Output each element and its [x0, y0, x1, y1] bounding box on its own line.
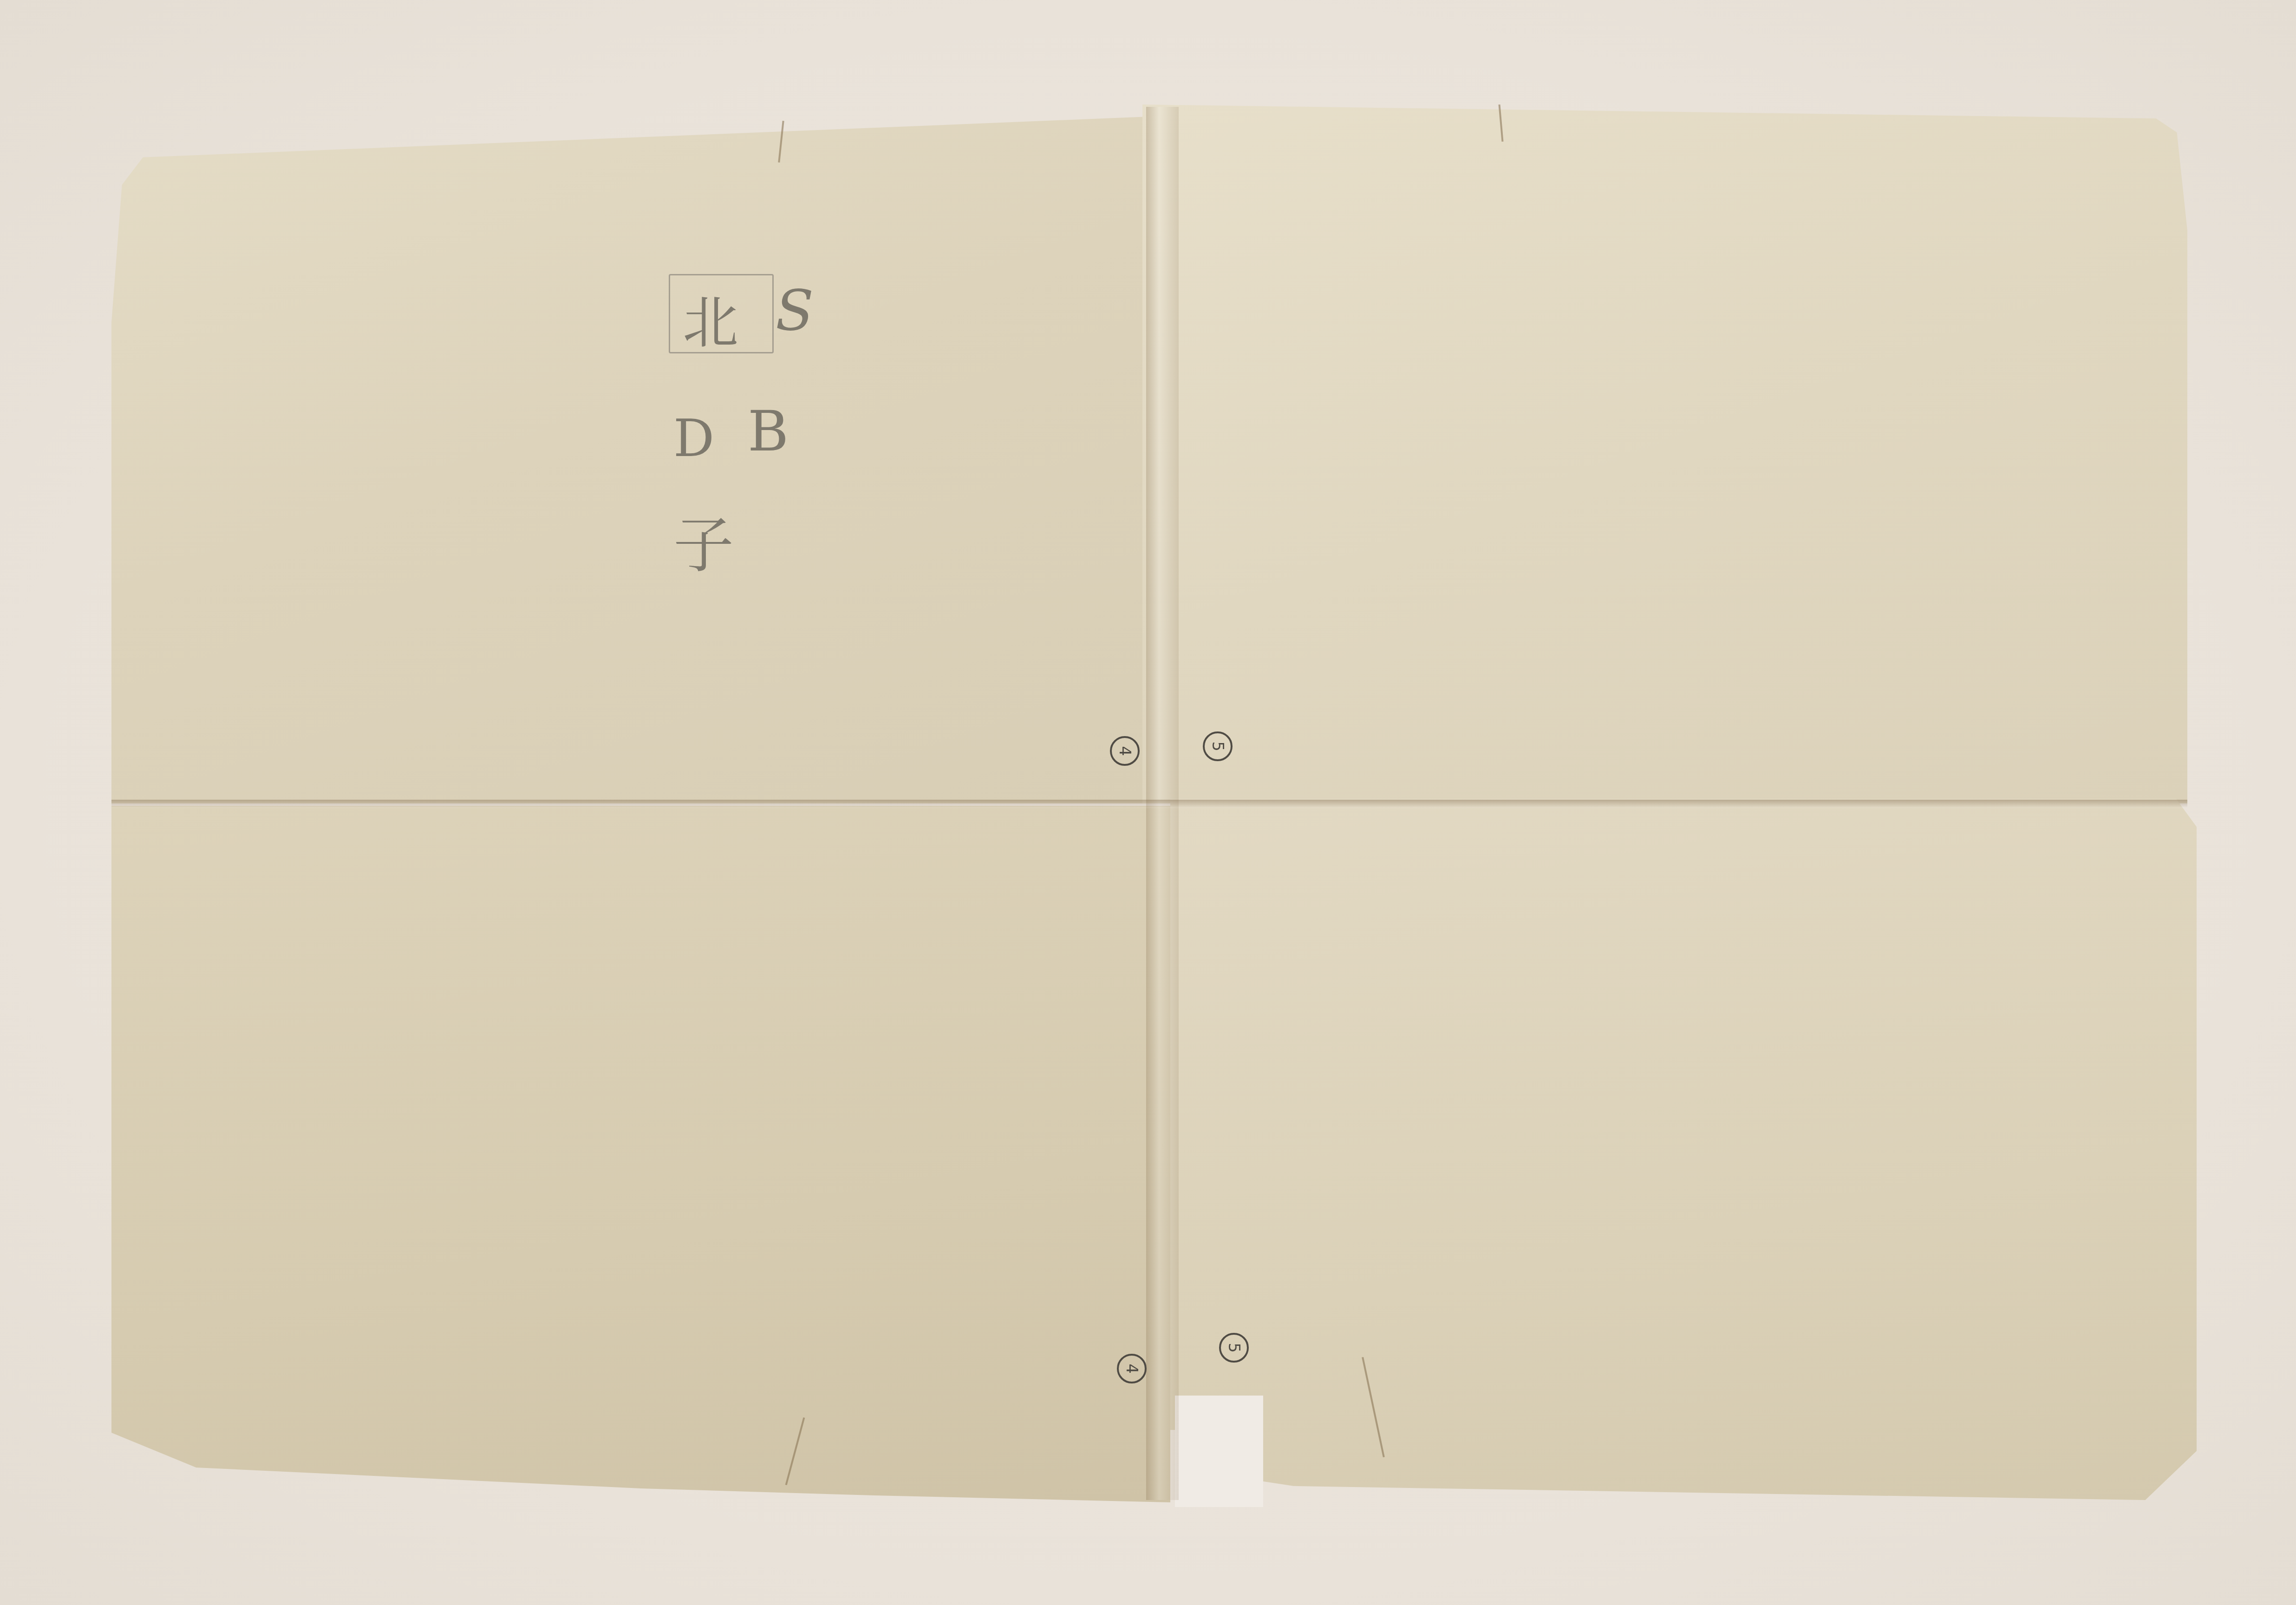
- paper-panel-bottom-right: [1170, 799, 2197, 1500]
- paper-panel-top-left: [111, 116, 1161, 803]
- page-number-circle: 4: [1110, 736, 1140, 766]
- pencil-glyph: S: [776, 279, 814, 343]
- page-number-circle: 5: [1203, 731, 1233, 761]
- pencil-glyph: 北: [683, 279, 738, 359]
- torn-gap: [1175, 1396, 1263, 1507]
- horizontal-fold-line: [111, 800, 2187, 808]
- pencil-glyph: D: [673, 409, 714, 468]
- paper-panel-top-right: [1142, 104, 2187, 803]
- page-number-circle: 5: [1219, 1333, 1249, 1363]
- pencil-glyph: 子: [673, 497, 734, 584]
- pencil-glyph: B: [748, 399, 789, 464]
- page-number-circle: 4: [1117, 1354, 1147, 1383]
- paper-panel-bottom-left: [111, 806, 1170, 1502]
